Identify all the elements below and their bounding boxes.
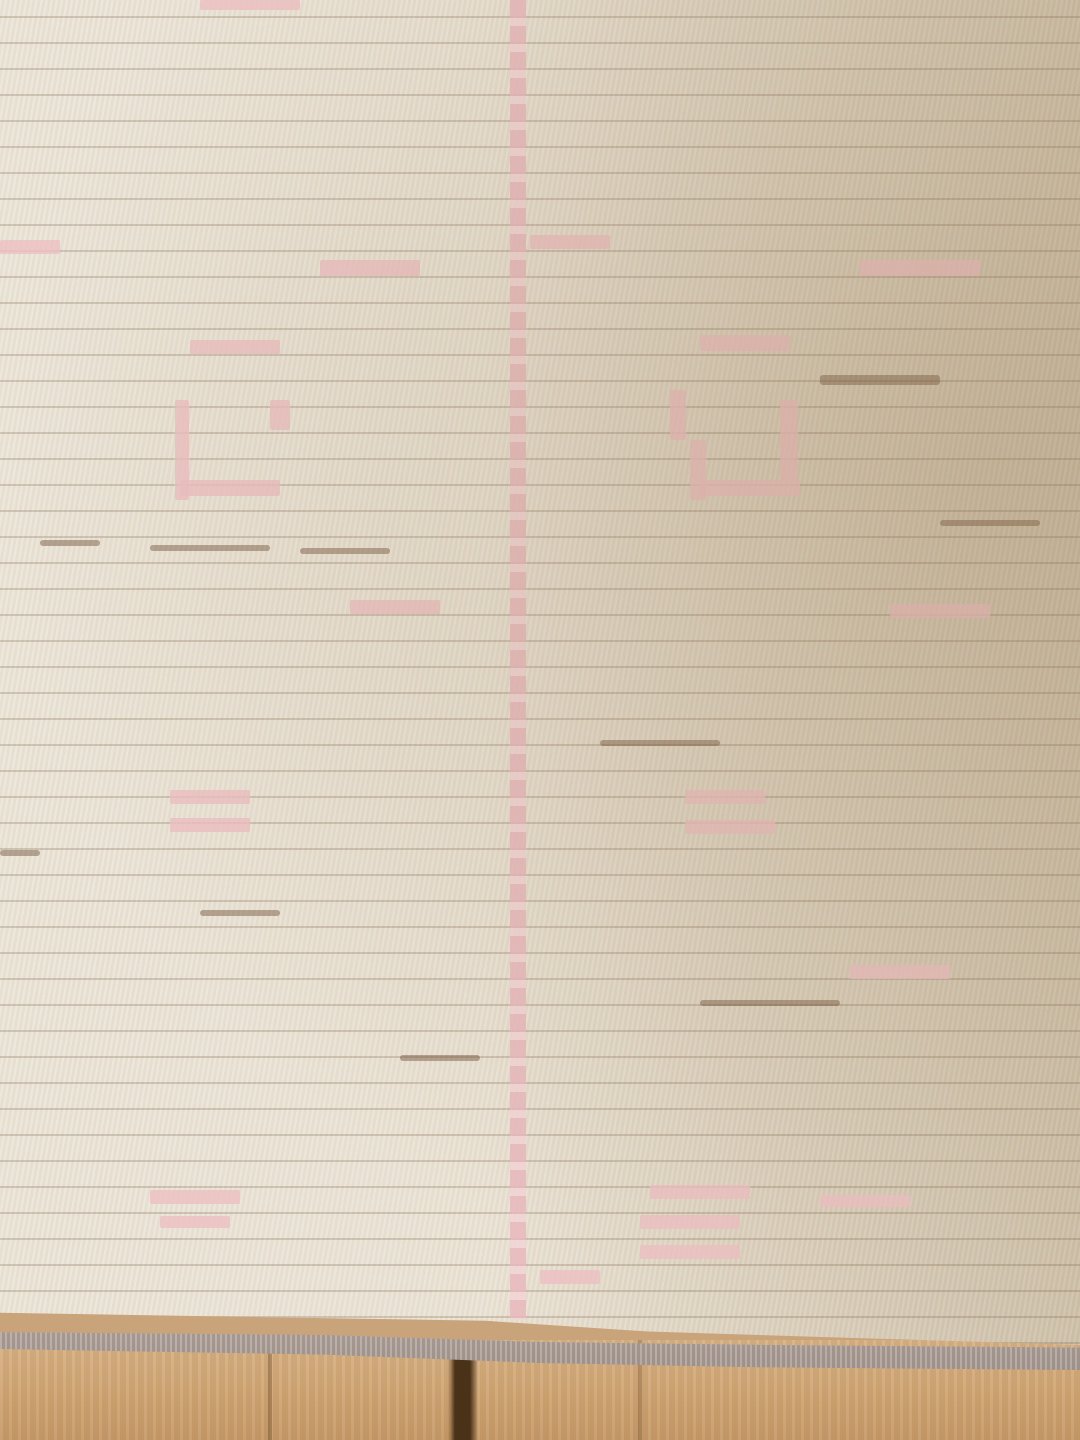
pink-motif <box>320 260 420 276</box>
brown-speckle <box>200 910 280 916</box>
pink-motif <box>700 335 790 351</box>
brown-speckle <box>0 850 40 856</box>
brown-speckle <box>940 520 1040 526</box>
brown-speckle <box>300 548 390 554</box>
rug-body <box>0 0 1080 1345</box>
pink-motif <box>780 400 798 480</box>
center-pink-line <box>510 0 526 1320</box>
brown-speckle <box>820 375 940 385</box>
pink-motif <box>685 820 775 834</box>
brown-speckle <box>150 545 270 551</box>
pink-motif <box>160 1216 230 1228</box>
pink-motif <box>150 1190 240 1204</box>
pink-motif <box>0 240 60 254</box>
pink-motif <box>640 1245 740 1259</box>
pink-motif <box>180 480 280 496</box>
pink-motif <box>890 604 990 618</box>
pink-motif <box>540 1270 600 1284</box>
pink-motif <box>685 790 765 804</box>
pink-motif <box>670 390 686 440</box>
pink-motif <box>200 0 300 10</box>
pink-motif <box>170 818 250 832</box>
rug-photo <box>0 0 1080 1440</box>
pink-motif <box>530 235 610 249</box>
brown-speckle <box>40 540 100 546</box>
pink-motif <box>640 1215 740 1229</box>
brown-speckle <box>400 1055 480 1061</box>
pink-motif <box>170 790 250 804</box>
pile-rows <box>0 0 1080 1345</box>
pink-motif <box>350 600 440 614</box>
brown-speckle <box>700 1000 840 1006</box>
pink-motif <box>650 1185 750 1199</box>
pink-motif <box>190 340 280 354</box>
pink-motif <box>270 400 290 430</box>
brown-speckle <box>600 740 720 746</box>
pink-motif <box>820 1195 910 1207</box>
pink-motif <box>700 480 800 496</box>
pink-motif <box>860 260 980 276</box>
pink-motif <box>850 965 950 979</box>
